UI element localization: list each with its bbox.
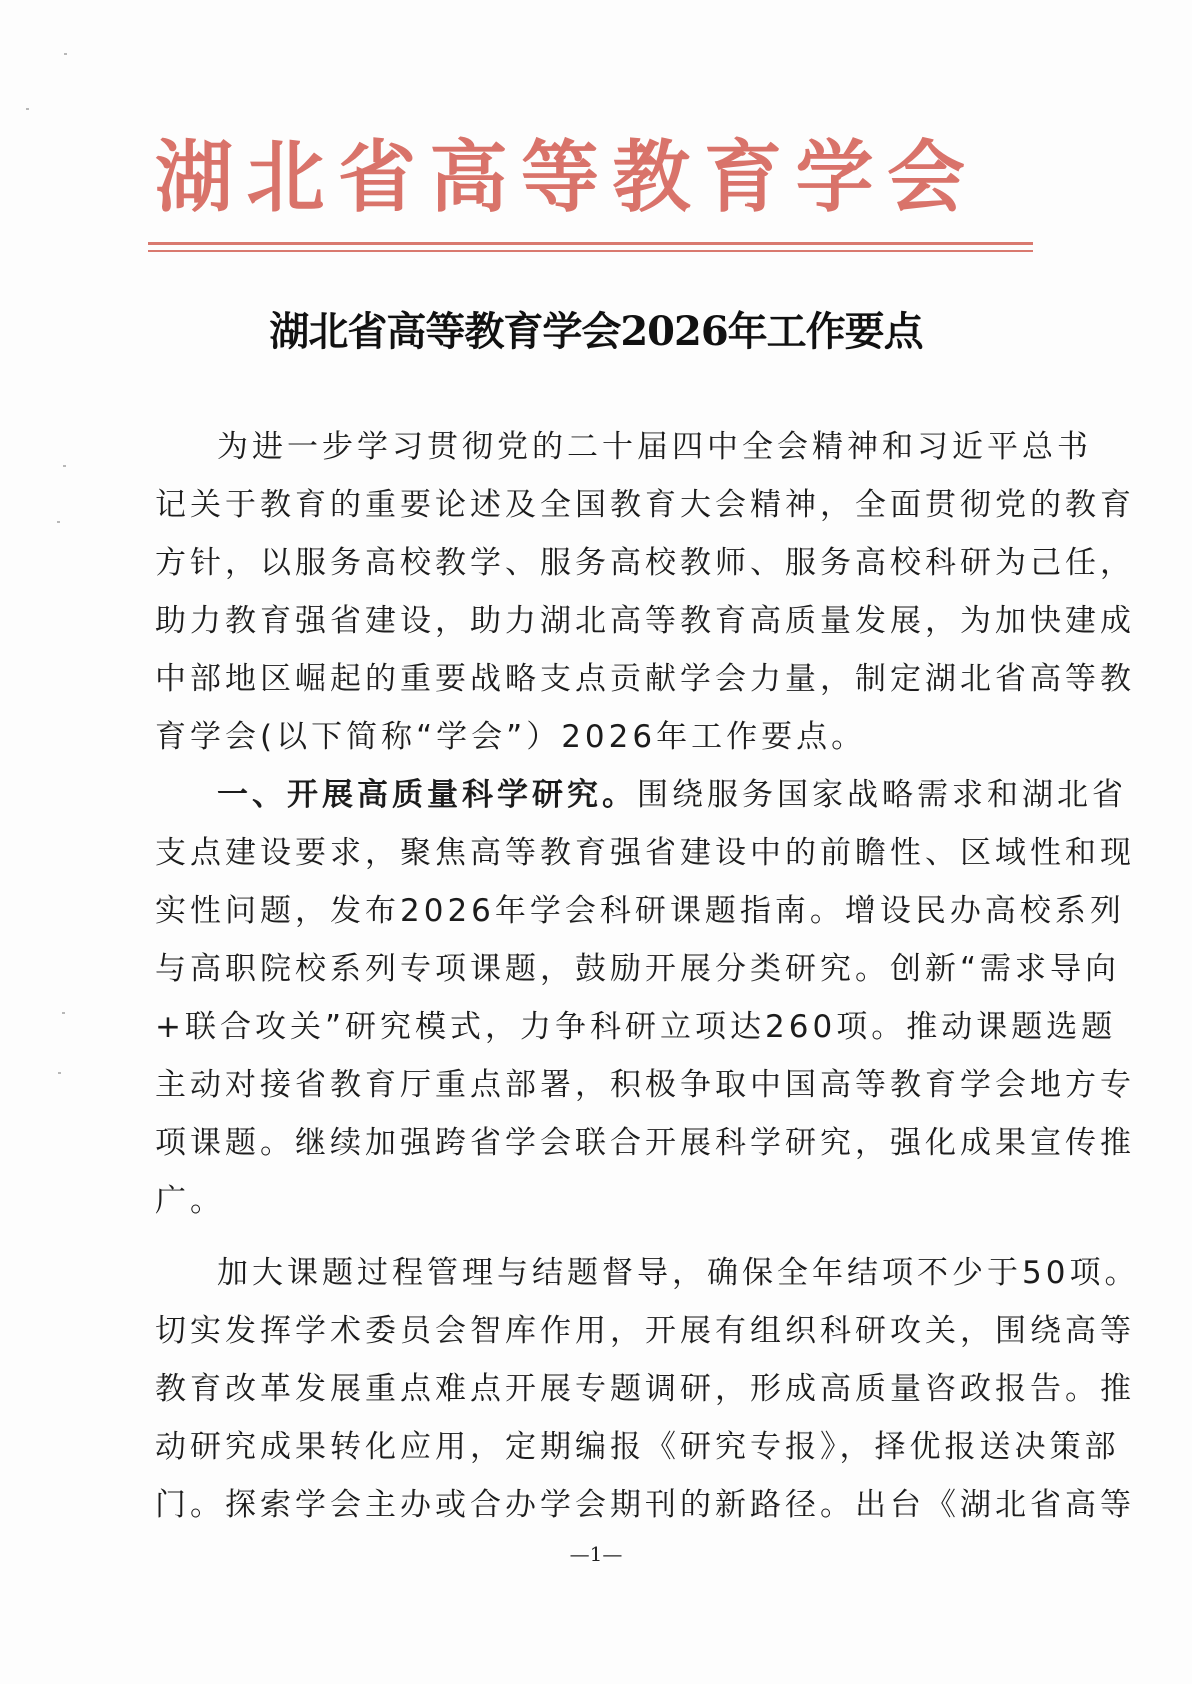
body-line: 项课题。继续加强跨省学会联合开展科学研究，强化成果宣传推 [155, 1114, 1040, 1172]
scan-speck [58, 1072, 61, 1074]
scan-speck [63, 465, 66, 467]
document-title: 湖北省高等教育学会2026年工作要点 [0, 300, 1192, 357]
document-page: 湖 北 省 高 等 教 育 学 会 湖北省高等教育学会2026年工作要点 为进一… [0, 0, 1192, 1684]
letterhead-char: 育 [699, 128, 787, 228]
body-line: 支点建设要求，聚焦高等教育强省建设中的前瞻性、区域性和现 [155, 824, 1040, 882]
scan-speck [57, 521, 60, 523]
section-heading-line: 一、开展高质量科学研究。围绕服务国家战略需求和湖北省 [155, 766, 1040, 824]
body-line: +联合攻关”研究模式，力争科研立项达260项。推动课题选题 [155, 998, 1040, 1056]
scan-speck [26, 108, 29, 110]
letterhead-char: 省 [333, 128, 421, 228]
document-body: 为进一步学习贯彻党的二十届四中全会精神和习近平总书 记关于教育的重要论述及全国教… [155, 418, 1040, 1534]
section-heading: 一、开展高质量科学研究。 [217, 777, 637, 813]
letterhead-char: 学 [791, 128, 879, 228]
scan-speck [62, 1012, 65, 1014]
body-line: 门。探索学会主办或合办学会期刊的新路径。出台《湖北省高等 [155, 1476, 1040, 1534]
body-line: 与高职院校系列专项课题，鼓励开展分类研究。创新“需求导向 [155, 940, 1040, 998]
body-line: 主动对接省教育厅重点部署，积极争取中国高等教育学会地方专 [155, 1056, 1040, 1114]
letterhead-org-name: 湖 北 省 高 等 教 育 学 会 [150, 128, 970, 228]
letterhead-rule-top [148, 242, 1033, 245]
body-line: 中部地区崛起的重要战略支点贡献学会力量，制定湖北省高等教 [155, 650, 1040, 708]
letterhead-char: 教 [608, 128, 696, 228]
body-line: 动研究成果转化应用，定期编报《研究专报》，择优报送决策部 [155, 1418, 1040, 1476]
body-line: 教育改革发展重点难点开展专题调研，形成高质量咨政报告。推 [155, 1360, 1040, 1418]
body-line: 广。 [155, 1172, 1040, 1230]
body-line: 切实发挥学术委员会智库作用，开展有组织科研攻关，围绕高等 [155, 1302, 1040, 1360]
scan-speck [64, 53, 67, 55]
letterhead-char: 湖 [150, 128, 238, 228]
body-line: 育学会(以下简称“学会”）2026年工作要点。 [155, 708, 1040, 766]
letterhead-rule-bottom [148, 250, 1033, 252]
body-line: 加大课题过程管理与结题督导，确保全年结项不少于50项。 [155, 1244, 1040, 1302]
letterhead-char: 高 [425, 128, 513, 228]
body-text: 围绕服务国家战略需求和湖北省 [637, 777, 1127, 813]
letterhead-char: 等 [516, 128, 604, 228]
body-line: 实性问题，发布2026年学会科研课题指南。增设民办高校系列 [155, 882, 1040, 940]
letterhead-char: 会 [882, 128, 970, 228]
body-line: 记关于教育的重要论述及全国教育大会精神，全面贯彻党的教育 [155, 476, 1040, 534]
page-number: —1— [0, 1542, 1192, 1566]
body-line: 为进一步学习贯彻党的二十届四中全会精神和习近平总书 [155, 418, 1040, 476]
letterhead-char: 北 [242, 128, 330, 228]
body-line: 助力教育强省建设，助力湖北高等教育高质量发展，为加快建成 [155, 592, 1040, 650]
body-line: 方针，以服务高校教学、服务高校教师、服务高校科研为己任， [155, 534, 1040, 592]
